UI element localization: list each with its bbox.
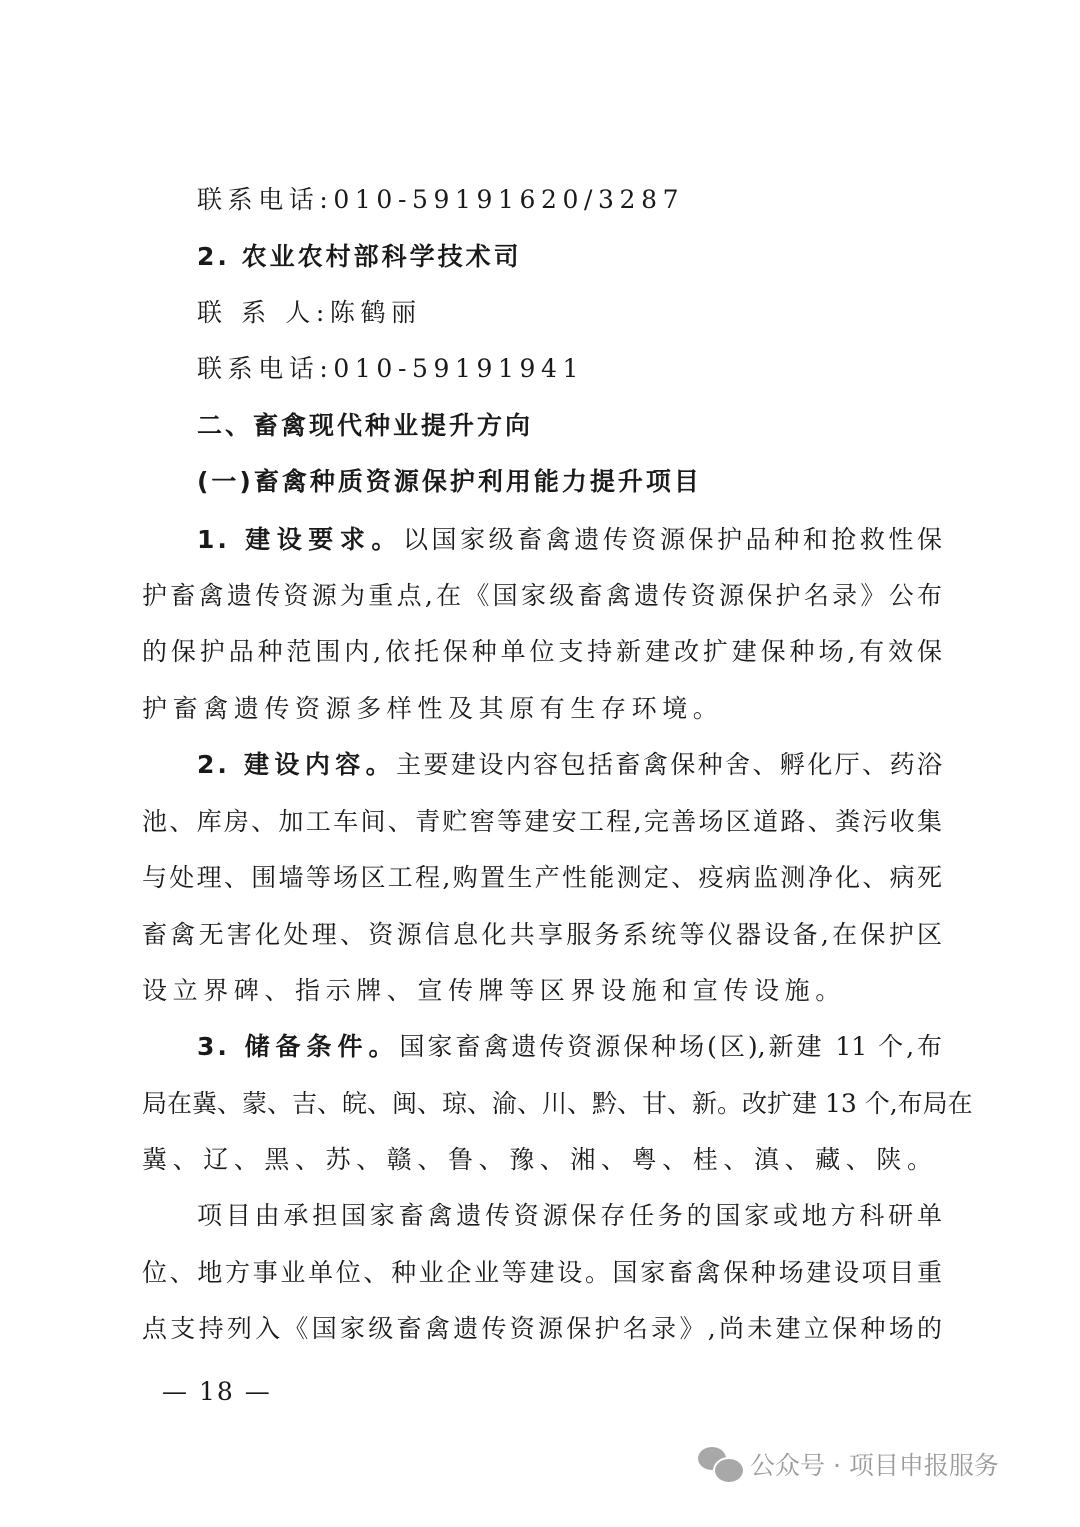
watermark-text: 公众号 · 项目申报服务 — [750, 1446, 999, 1482]
contact-person: 联 系 人:陈鹤丽 — [197, 296, 942, 330]
paragraph-line: 1. 建设要求。以国家级畜禽遗传资源保护品种和抢救性保 — [197, 523, 942, 557]
paragraph-line: 点支持列入《国家级畜禽遗传资源保护名录》,尚未建立保种场的 — [142, 1312, 942, 1346]
contact-phone-2: 联系电话:010-59191941 — [197, 352, 942, 386]
section-heading: 二、畜禽现代种业提升方向 — [197, 409, 942, 443]
paragraph-line: 设立界碑、指示牌、宣传牌等区界设施和宣传设施。 — [142, 974, 942, 1008]
paragraph-line: 3. 储备条件。国家畜禽遗传资源保种场(区),新建 11 个,布 — [197, 1030, 942, 1064]
item-lead: 2. 建设内容。 — [197, 750, 396, 779]
paragraph-line: 位、地方事业单位、种业企业等建设。国家畜禽保种场建设项目重 — [142, 1256, 942, 1290]
subsection-heading: (一)畜禽种质资源保护利用能力提升项目 — [197, 465, 942, 499]
paragraph-line: 冀、辽、黑、苏、赣、鲁、豫、湘、粤、桂、滇、藏、陕。 — [142, 1143, 942, 1177]
item-lead: 1. 建设要求。 — [197, 525, 403, 554]
wechat-icon — [698, 1447, 742, 1481]
department-heading: 2. 农业农村部科学技术司 — [197, 240, 942, 274]
watermark: 公众号 · 项目申报服务 — [698, 1446, 999, 1482]
paragraph-line: 池、库房、加工车间、青贮窖等建安工程,完善场区道路、粪污收集 — [142, 805, 942, 839]
paragraph-line: 项目由承担国家畜禽遗传资源保存任务的国家或地方科研单 — [197, 1199, 942, 1233]
paragraph-line: 护畜禽遗传资源多样性及其原有生存环境。 — [142, 692, 942, 726]
paragraph-line: 与处理、围墙等场区工程,购置生产性能测定、疫病监测净化、病死 — [142, 861, 942, 895]
item-lead: 3. 储备条件。 — [197, 1032, 399, 1061]
paragraph-line: 护畜禽遗传资源为重点,在《国家级畜禽遗传资源保护名录》公布 — [142, 579, 942, 613]
contact-phone-1: 联系电话:010-59191620/3287 — [197, 183, 942, 217]
page-number: — 18 — — [162, 1375, 272, 1409]
paragraph-line: 畜禽无害化处理、资源信息化共享服务系统等仪器设备,在保护区 — [142, 918, 942, 952]
paragraph-line: 的保护品种范围内,依托保种单位支持新建改扩建保种场,有效保 — [142, 635, 942, 669]
paragraph-line: 局在冀、蒙、吉、皖、闽、琼、渝、川、黔、甘、新。改扩建 13 个,布局在 — [142, 1087, 942, 1121]
paragraph-line: 2. 建设内容。主要建设内容包括畜禽保种舍、孵化厅、药浴 — [197, 748, 942, 782]
